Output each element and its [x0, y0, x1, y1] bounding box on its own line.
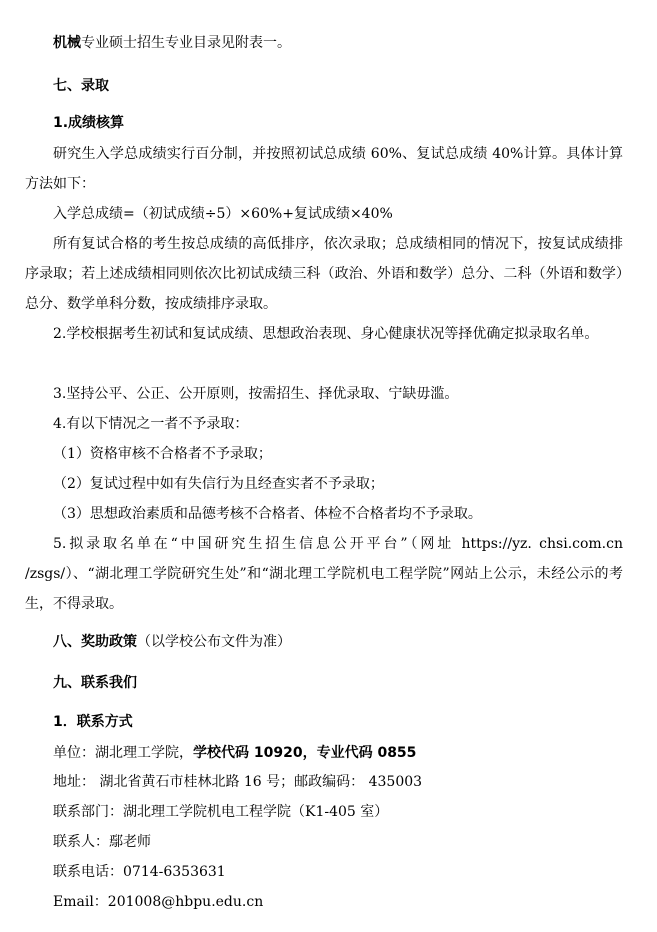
contact-unit: 单位：湖北理工学院，学校代码 10920，专业代码 0855 [53, 743, 416, 763]
contact-email[interactable]: Email：201008@hbpu.edu.cn [53, 892, 263, 912]
contact-department: 联系部门：湖北理工学院机电工程学院（K1-405 室） [53, 802, 388, 822]
section-7-sub1-heading: 1.成绩核算 [53, 113, 124, 133]
section-8-note: （以学校公布文件为准） [137, 634, 291, 650]
contact-unit-codes: 学校代码 10920，专业代码 0855 [193, 745, 416, 761]
exclusion-item-1: （1）资格审核不合格者不予录取； [53, 444, 272, 464]
ranking-paragraph: 所有复试合格的考生按总成绩的高低排序，依次录取；总成绩相同的情况下，按复试成绩排… [25, 229, 623, 319]
section-7-heading: 七、录取 [53, 76, 109, 96]
score-calculation-paragraph: 研究生入学总成绩实行百分制，并按照初试总成绩 60%、复试总成绩 40%计算。具… [25, 139, 623, 199]
exclusion-item-2: （2）复试过程中如有失信行为且经查实者不予录取； [53, 474, 384, 494]
admission-item-2: 2.学校根据考生初试和复试成绩、思想政治表现、身心健康状况等择优确定拟录取名单。 [25, 319, 623, 349]
intro-line: 机械专业硕士招生专业目录见附表一。 [53, 33, 291, 53]
contact-address: 地址： 湖北省黄石市桂林北路 16 号；邮政编码： 435003 [53, 772, 422, 792]
exclusion-item-3: （3）思想政治素质和品德考核不合格者、体检不合格者均不予录取。 [53, 504, 482, 524]
admission-item-3: 3.坚持公平、公正、公开原则，按需招生、择优录取、宁缺毋滥。 [53, 384, 458, 404]
section-8-title: 八、奖助政策 [53, 634, 137, 650]
contact-person: 联系人：鄢老师 [53, 832, 151, 852]
score-formula: 入学总成绩=（初试成绩÷5）×60%+复试成绩×40% [53, 204, 393, 224]
intro-text: 专业硕士招生专业目录见附表一。 [81, 35, 291, 51]
section-8-heading: 八、奖助政策（以学校公布文件为准） [53, 632, 291, 652]
contact-phone: 联系电话：0714-6353631 [53, 862, 226, 882]
section-9-heading: 九、联系我们 [53, 673, 137, 693]
contact-method-heading: 1．联系方式 [53, 712, 133, 732]
intro-bold-prefix: 机械 [53, 35, 81, 51]
contact-unit-label: 单位：湖北理工学院， [53, 745, 193, 761]
admission-item-4-heading: 4.有以下情况之一者不予录取： [53, 414, 248, 434]
admission-item-5: 5.拟录取名单在“中国研究生招生信息公开平台”（网址 https://yz. c… [25, 529, 623, 619]
